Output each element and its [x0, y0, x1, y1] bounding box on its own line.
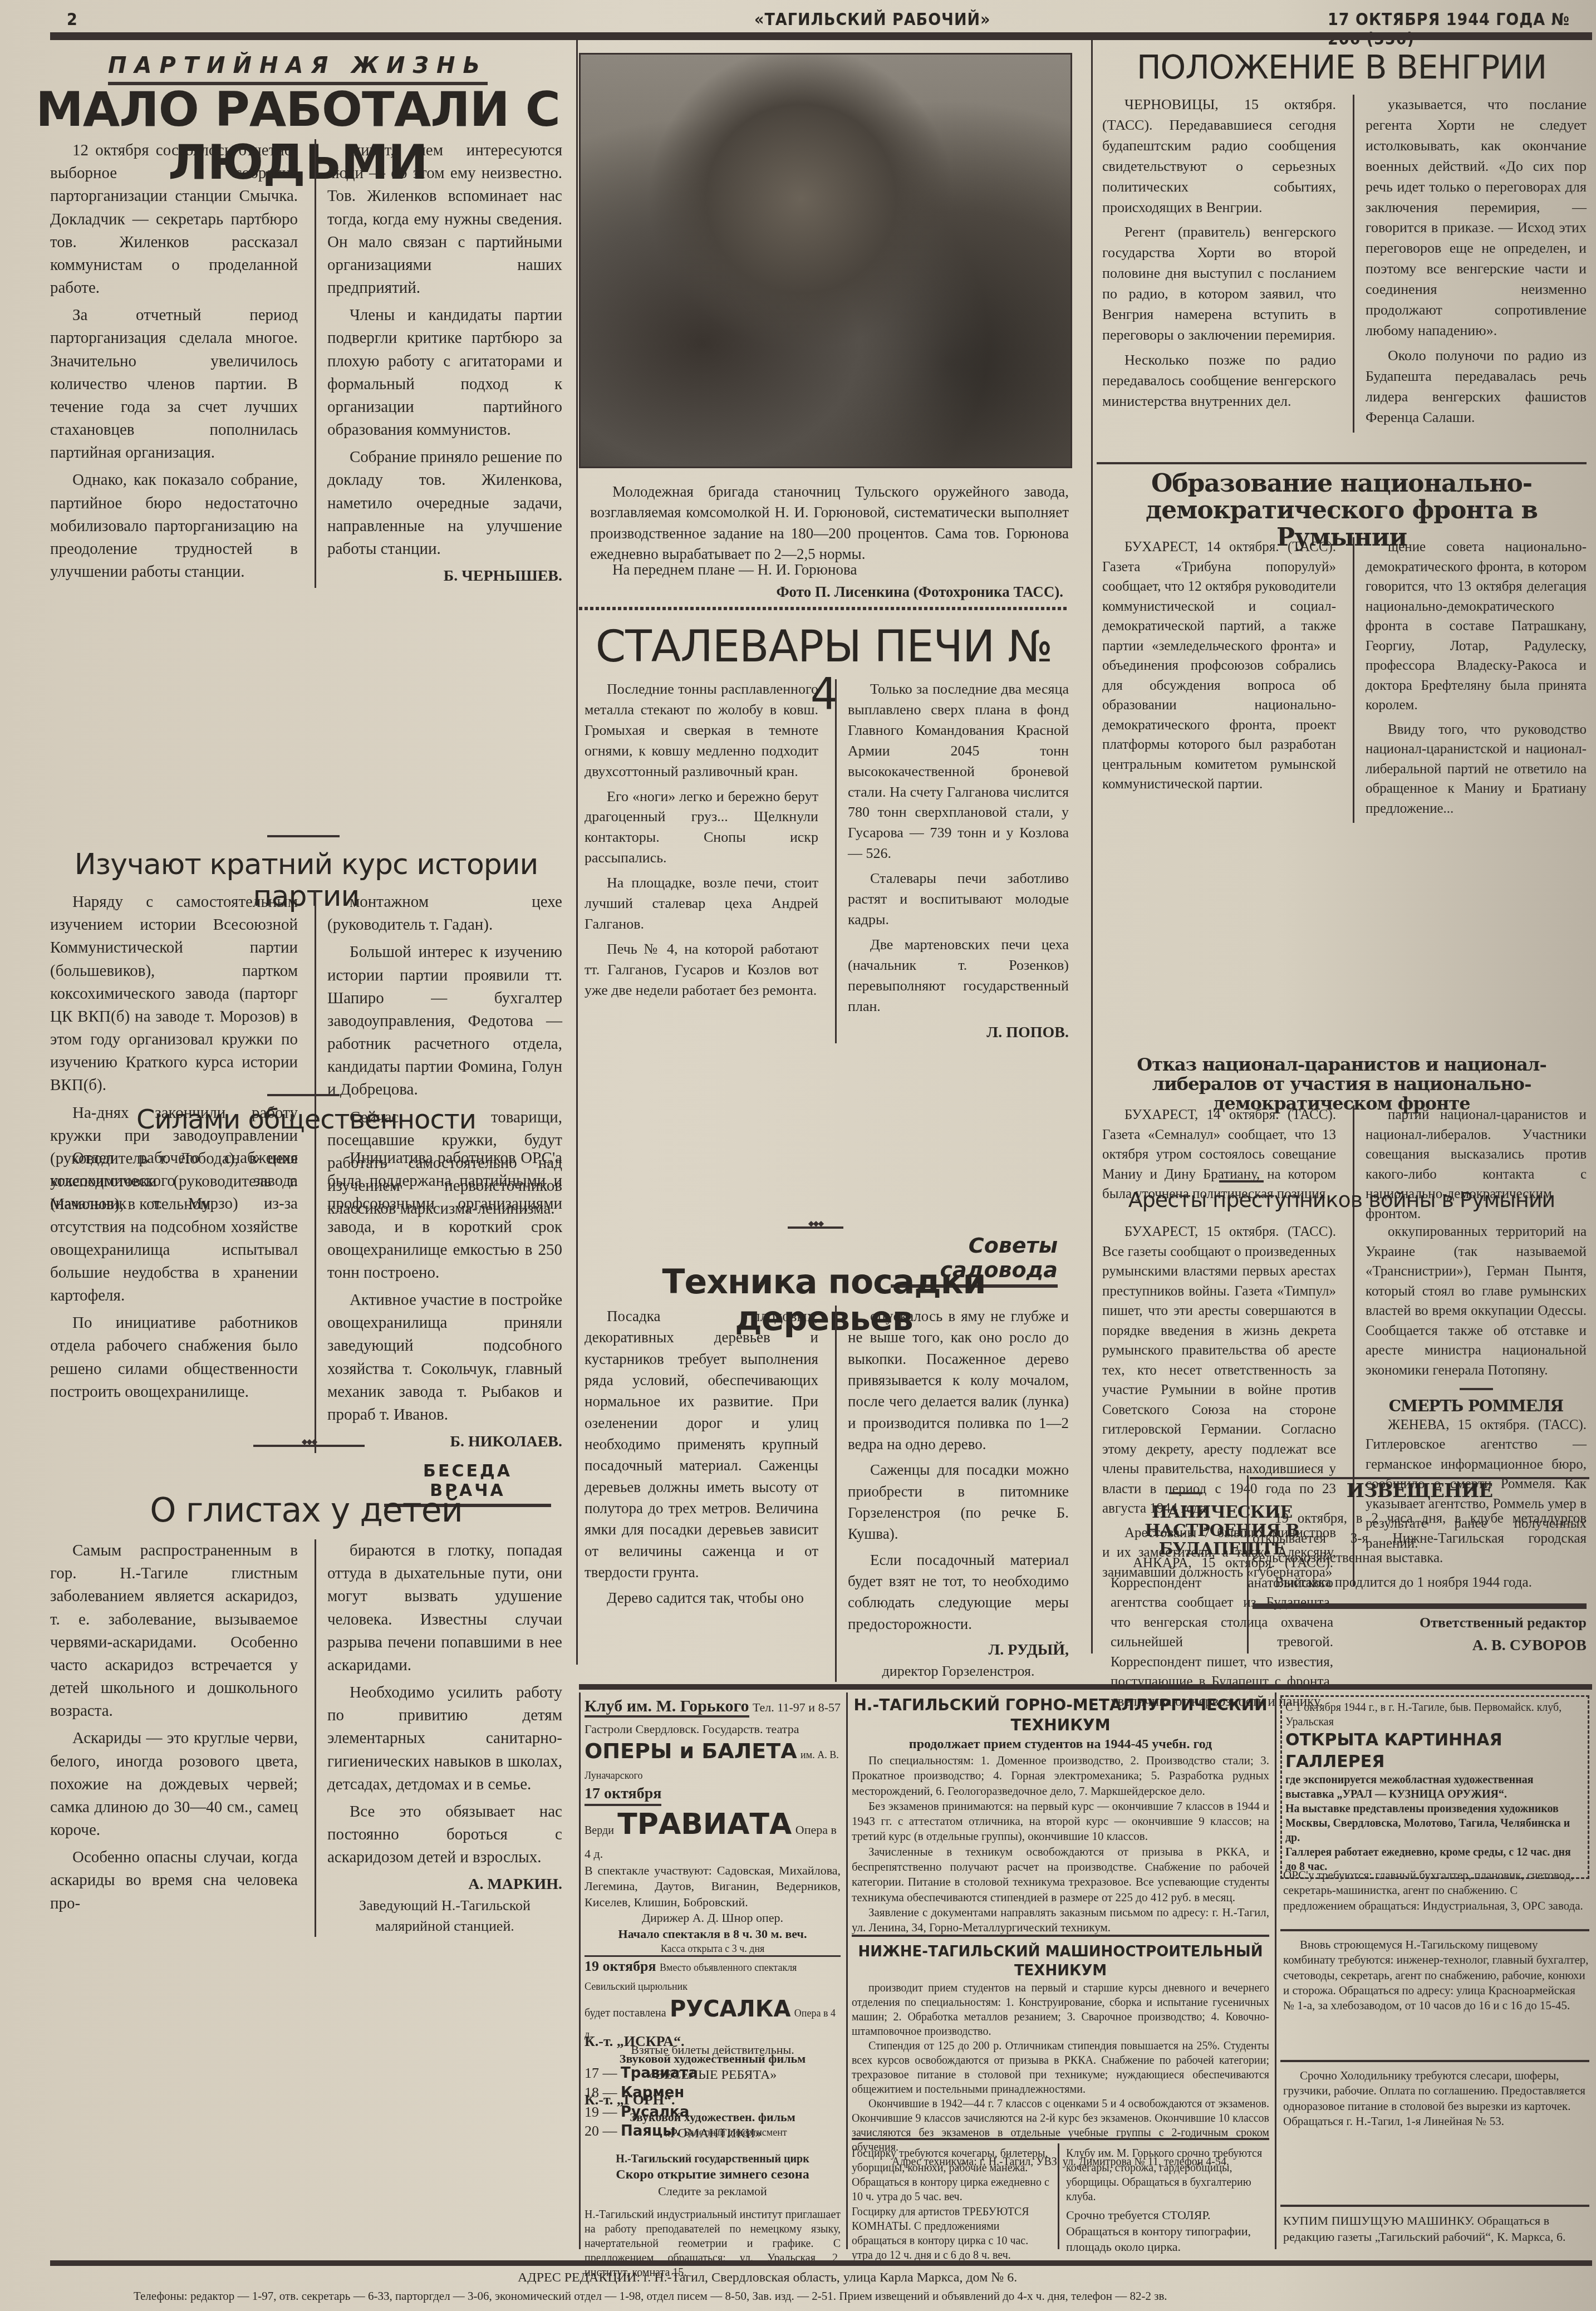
footer-rule: [50, 2260, 1592, 2266]
signature: Л. РУДЫЙ,: [848, 1639, 1069, 1661]
signature-title: директор Горзеленстроя.: [848, 1661, 1069, 1682]
divider: [1280, 2060, 1589, 2062]
divider: [1219, 1180, 1264, 1183]
editorial-phones: Телефоны: редактор — 1-97, отв. секретар…: [134, 2289, 1581, 2303]
headline-public-forces: Силами общественности: [50, 1105, 562, 1135]
column-divider: [1247, 1475, 1249, 1653]
signature: Б. НИКОЛАЕВ.: [327, 1431, 562, 1453]
divider: [1097, 462, 1587, 464]
column-divider: [1091, 39, 1093, 1653]
divider: [1250, 1477, 1589, 1479]
article-hungary: ЧЕРНОВИЦЫ, 15 октября. (ТАСС). Передавав…: [1102, 95, 1587, 433]
article-gardener: Посадка плодовых, декоративных деревьев …: [585, 1306, 1069, 1682]
divider: [1280, 1929, 1589, 1931]
divider: [1253, 1603, 1587, 1609]
article-column: Отдел рабочего снабжения коксохимическог…: [50, 1147, 298, 1453]
ornament-divider: [253, 1445, 365, 1447]
divider: [852, 2138, 1269, 2140]
signature: Л. ПОПОВ.: [848, 1022, 1069, 1044]
wavy-divider: [579, 607, 1069, 610]
issue-date: 17 ОКТЯБРЯ 1944 ГОДА № 206 (556): [1328, 10, 1596, 49]
divider: [852, 1935, 1269, 1937]
divider: [267, 1094, 340, 1096]
headline-hungary: ПОЛОЖЕНИЕ В ВЕНГРИИ: [1097, 50, 1587, 86]
signature-title: Заведующий Н.-Тагильской малярийной стан…: [327, 1896, 562, 1937]
article-party-life: 12 октября состоялось отчетно-выборное с…: [50, 139, 562, 588]
article-column: ЧЕРНОВИЦЫ, 15 октября. (ТАСС). Передавав…: [1102, 95, 1336, 433]
article-column: живут, чем интересуются люди — об этом е…: [315, 139, 562, 588]
ad-institute: Н.-Тагильский индустриальный институт пр…: [585, 2207, 841, 2280]
ad-divider: [1058, 2143, 1059, 2249]
editor-name: А. В. СУВОРОВ: [1336, 1637, 1587, 1655]
ad-gorky-club: Клубу им. М. Горького срочно требуются к…: [1066, 2146, 1266, 2204]
article-column: Последние тонны расплавленного металла с…: [585, 679, 818, 1043]
article-steelmakers: Последние тонны расплавленного металла с…: [585, 679, 1069, 1043]
article-public-forces: Отдел рабочего снабжения коксохимическог…: [50, 1147, 562, 1453]
headline-rommel: СМЕРТЬ РОММЕЛЯ: [1366, 1398, 1587, 1415]
ad-ors: ОРС'у требуются: главный бухгалтер, план…: [1283, 1868, 1589, 1913]
article-column: опускалось в яму не глубже и не выше тог…: [835, 1306, 1069, 1682]
divider: [1280, 2205, 1589, 2207]
page-number: 2: [67, 10, 78, 30]
article-notice: 19 октября, в 2 часа дня, в клубе металл…: [1253, 1509, 1587, 1597]
article-column: БУХАРЕСТ, 14 октября. (ТАСС). Газета «Тр…: [1102, 537, 1336, 823]
article-column: Самым распространенным в гор. Н.-Тагиле …: [50, 1539, 298, 1937]
ornament-divider: [788, 1226, 843, 1229]
ad-divider: [579, 1692, 581, 2249]
article-column: указывается, что послание регента Хорти …: [1353, 95, 1587, 433]
headline-notice: ИЗВЕЩЕНИЕ: [1253, 1481, 1587, 1502]
photo-foreground-note: На переднем плане — Н. И. Горюнова: [612, 560, 1058, 580]
photo-caption: Молодежная бригада станочниц Тульского о…: [590, 482, 1069, 565]
ad-divider: [846, 1692, 848, 2249]
article-column: Только за последние два месяца выплавлен…: [835, 679, 1069, 1043]
masthead-rule: [50, 32, 1592, 40]
photo-credit: Фото П. Лисенкина (Фотохроника ТАСС).: [590, 582, 1063, 602]
photo-lathe-brigade: [579, 53, 1072, 468]
divider: [267, 835, 340, 837]
ad-circus-season: Н.-Тагильский государственный цирк Скоро…: [585, 2152, 841, 2200]
ad-machine-technikum: НИЖНЕ-ТАГИЛЬСКИЙ МАШИНОСТРОИТЕЛЬНЫЙ ТЕХН…: [852, 1943, 1269, 2169]
signature: Б. ЧЕРНЫШЕВ.: [327, 565, 562, 587]
ad-cinema-iskra: К.-т. „ИСКРА“. Звуковой художественный ф…: [585, 2032, 841, 2084]
paper-name: «ТАГИЛЬСКИЙ РАБОЧИЙ»: [754, 10, 991, 30]
article-column: бираются в глотку, попадая оттуда в дыха…: [315, 1539, 562, 1937]
ad-gallery: С 1 октября 1944 г., в г. Н.-Тагиле, быв…: [1280, 1695, 1589, 1879]
column-divider: [576, 39, 578, 1665]
ad-cinema-gorn: К.-т. „ГОРН“. Звуковой художествен. филь…: [585, 2091, 841, 2143]
headline-arrests: Аресты преступников войны в Румынии: [1097, 1189, 1587, 1212]
ads-rule: [579, 1684, 1592, 1690]
editor-label: Ответственный редактор: [1336, 1615, 1587, 1631]
ad-divider: [1275, 1692, 1276, 2249]
section-kicker-party-life: ПАРТИЙНАЯ ЖИЗНЬ: [22, 53, 573, 85]
ad-food-plant: Вновь строющемуся Н.-Тагильскому пищевом…: [1283, 1937, 1589, 2013]
article-column: 12 октября состоялось отчетно-выборное с…: [50, 139, 298, 588]
signature: А. МАРКИН.: [327, 1873, 562, 1896]
ad-mining-technikum: Н.-ТАГИЛЬСКИЙ ГОРНО-МЕТАЛЛУРГИЧЕСКИЙ ТЕХ…: [852, 1695, 1269, 1936]
ad-circus-staff: Госцирку требуются кочегары, билетеры, у…: [852, 2146, 1052, 2204]
article-column: Инициатива работников ОРС'а была поддерж…: [315, 1147, 562, 1453]
divider: [1169, 1492, 1202, 1494]
ad-refrigerator: Срочно Холодильнику требуются слесари, ш…: [1283, 2068, 1589, 2129]
article-romania-front: БУХАРЕСТ, 14 октября. (ТАСС). Газета «Тр…: [1102, 537, 1587, 823]
ad-carpenter: Срочно требуется СТОЛЯР. Обращаться в ко…: [1066, 2207, 1266, 2255]
editorial-address: АДРЕС РЕДАКЦИИ: г. Н.-Тагил, Свердловска…: [518, 2270, 1575, 2285]
article-column: щение совета национально-демократическог…: [1353, 537, 1587, 823]
ad-circus-rooms: Госцирку для артистов ТРЕБУЮТСЯ КОМНАТЫ.…: [852, 2205, 1052, 2263]
ad-typewriter: КУПИМ ПИШУЩУЮ МАШИНКУ. Обращаться в реда…: [1283, 2213, 1589, 2245]
article-column: Посадка плодовых, декоративных деревьев …: [585, 1306, 818, 1682]
article-doctor-talk: Самым распространенным в гор. Н.-Тагиле …: [50, 1539, 562, 1937]
headline-doctor-talk: О глистах у детей: [50, 1492, 562, 1529]
